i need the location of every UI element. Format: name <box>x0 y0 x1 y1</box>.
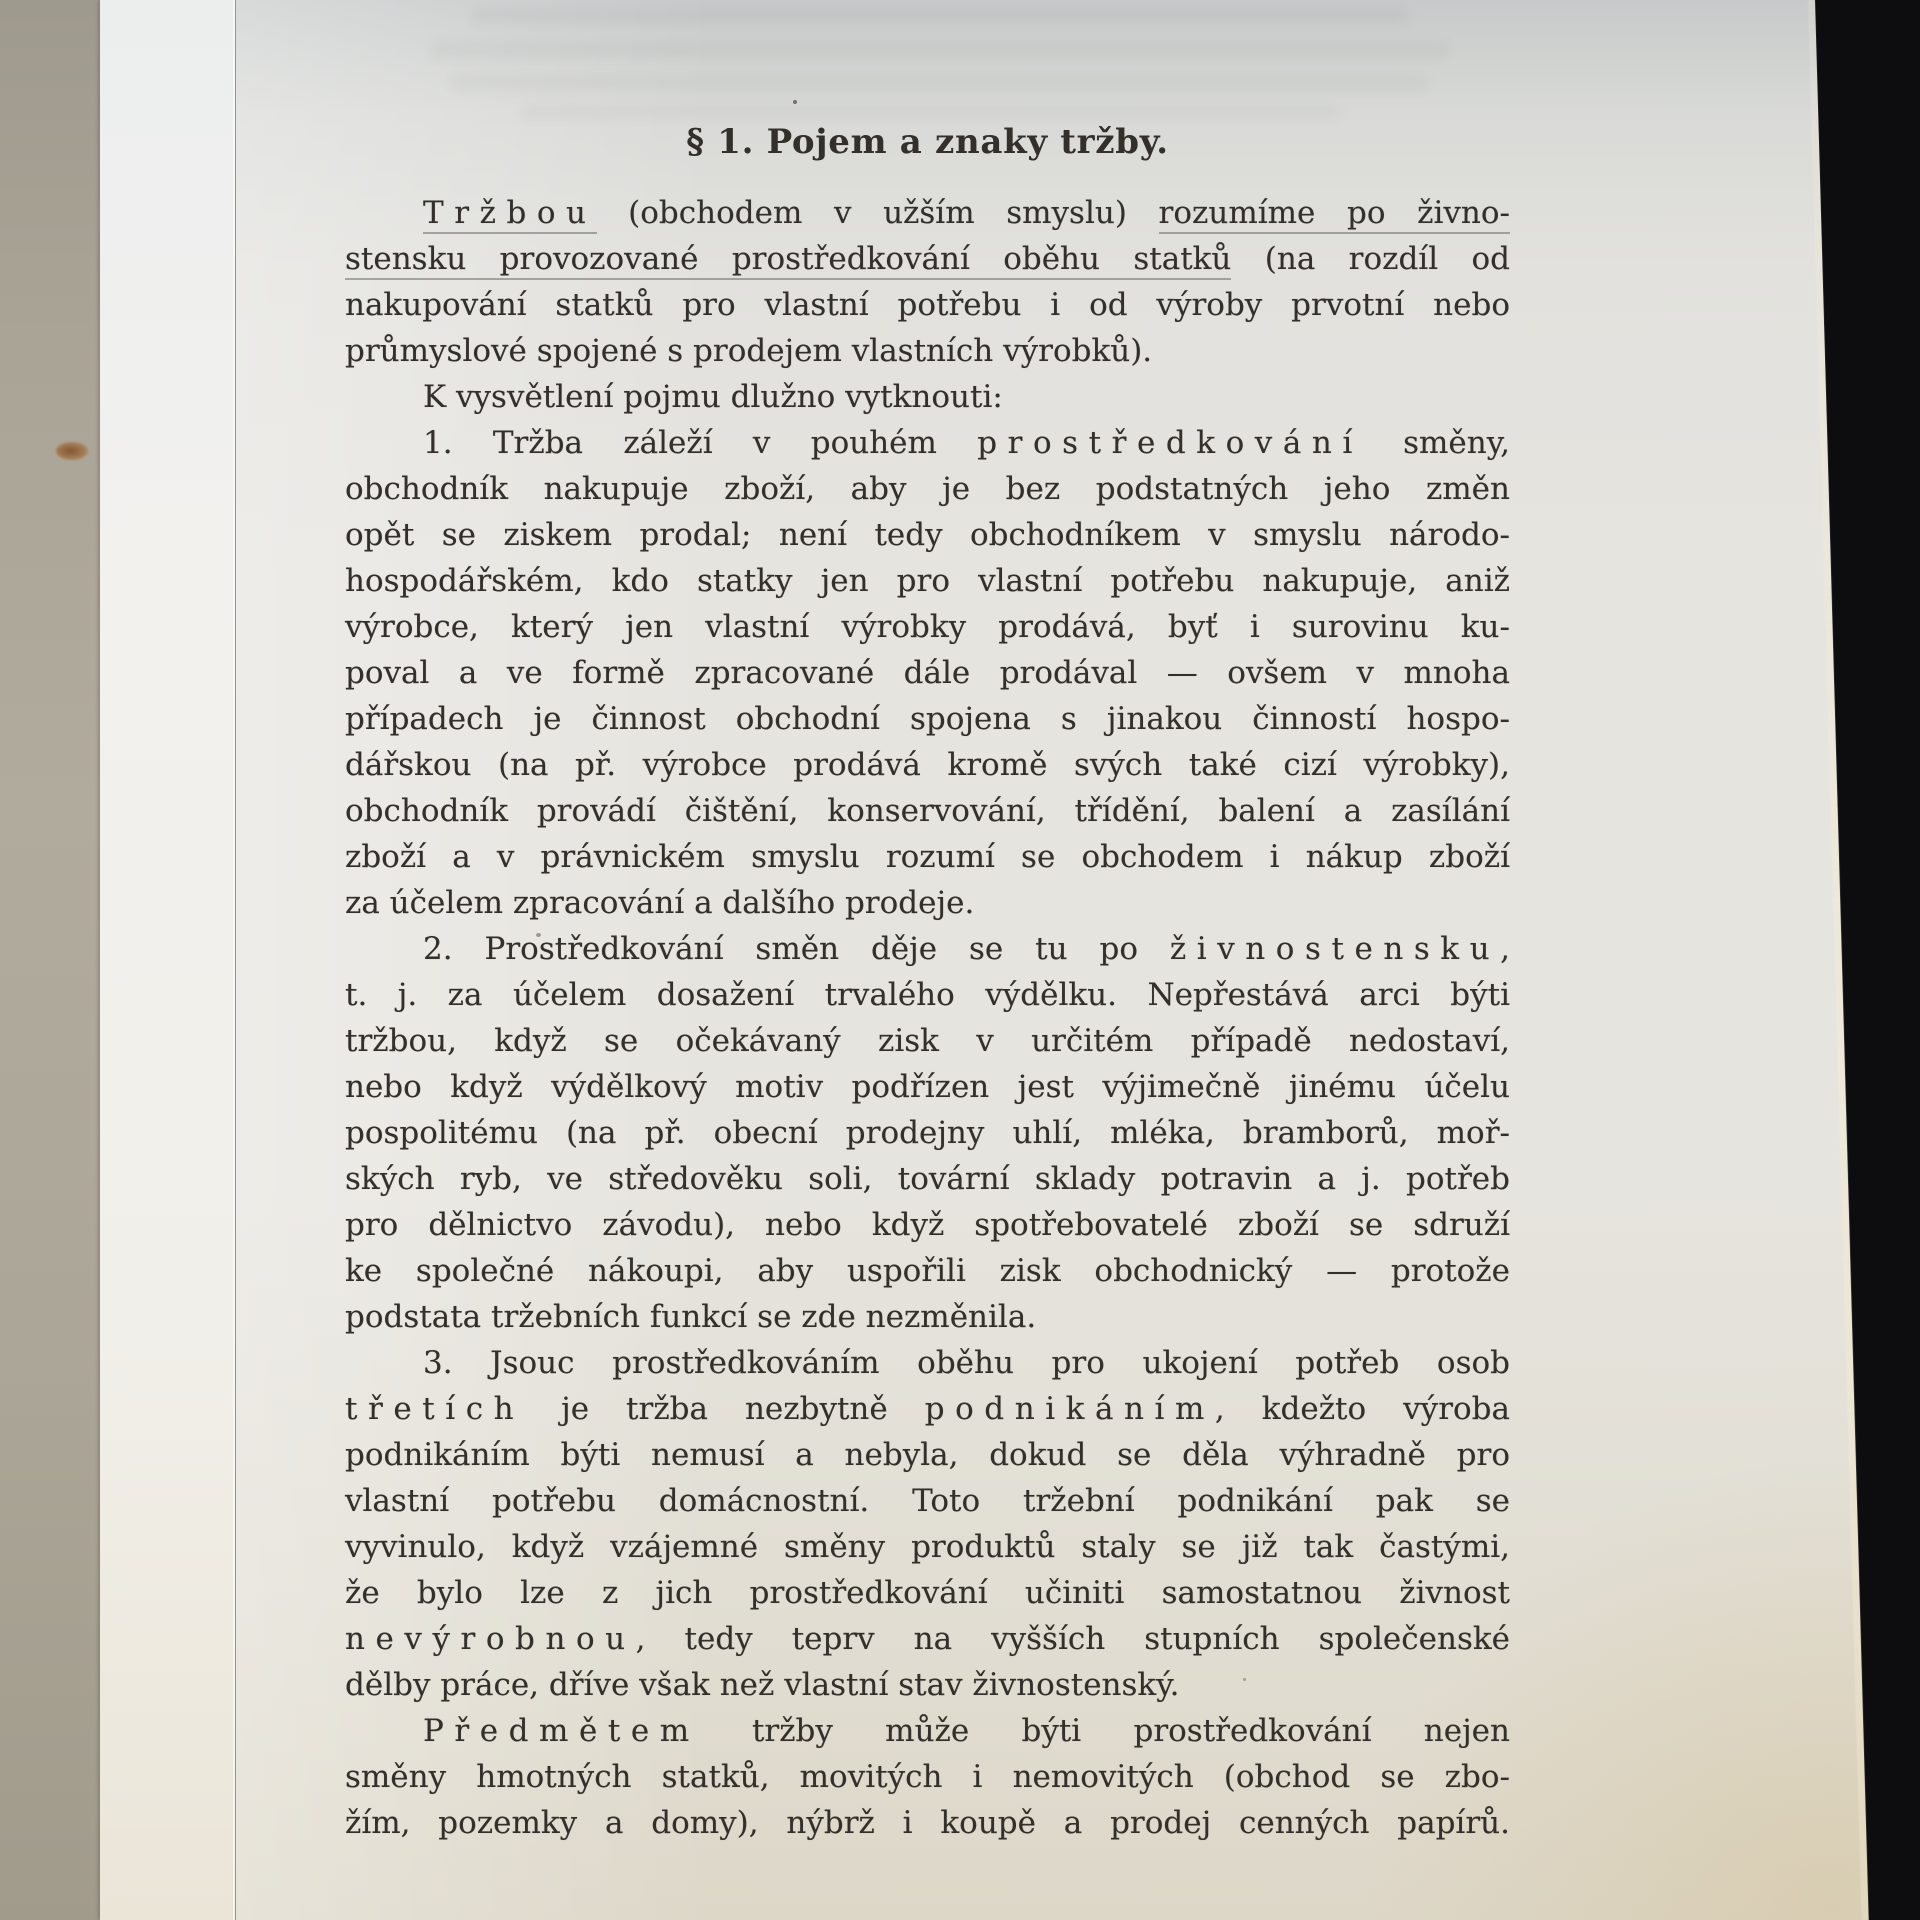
text-line: nakupování statků pro vlastní potřebu i … <box>345 282 1510 328</box>
section-heading: § 1. Pojem a znaky tržby. <box>345 122 1510 162</box>
text-line: žím, pozemky a domy), nýbrž i koupě a pr… <box>345 1800 1510 1846</box>
text-segment: je tržba nezbytně <box>524 1391 925 1427</box>
text-segment: 1. Tržba záleží v pouhém <box>423 425 977 461</box>
text-line: podstata tržebních funkcí se zde nezměni… <box>345 1294 1510 1340</box>
text-segment: zboží a v právnickém smyslu rozumí se ob… <box>345 839 1510 875</box>
text-line: vyvinulo, když vzájemné směny produktů s… <box>345 1524 1510 1570</box>
letterspaced-text: živnostensku <box>1170 931 1500 967</box>
bleed-through-smudge <box>430 42 1450 58</box>
text-segment: vyvinulo, když vzájemné směny produktů s… <box>345 1529 1510 1565</box>
text-line: průmyslové spojené s prodejem vlastních … <box>345 328 1510 374</box>
text-segment: poval a ve formě zpracované dále prodáva… <box>345 655 1510 691</box>
text-segment: obchodník provádí čištění, konservování,… <box>345 793 1510 829</box>
bleed-through-smudge <box>470 8 1410 24</box>
dust-speck <box>793 100 797 104</box>
page-text: Tržbou (obchodem v užším smyslu) rozumím… <box>345 190 1510 1846</box>
text-line: tržbou, když se očekávaný zisk v určitém… <box>345 1018 1510 1064</box>
text-segment: opět se ziskem prodal; není tedy obchodn… <box>345 517 1510 553</box>
text-segment: pro dělnictvo závodu), nebo když spotřeb… <box>345 1207 1510 1243</box>
text-segment: tržby může býti prostředkování nejen <box>700 1713 1510 1749</box>
text-line: Tržbou (obchodem v užším smyslu) rozumím… <box>345 190 1510 236</box>
text-segment: , <box>1500 931 1510 967</box>
text-line: pospolitému (na př. obecní prodejny uhlí… <box>345 1110 1510 1156</box>
text-line: případech je činnost obchodní spojena s … <box>345 696 1510 742</box>
underlined-text: stensku provozované prostředkování oběhu… <box>345 241 1231 280</box>
text-line: třetích je tržba nezbytně podnikáním, kd… <box>345 1386 1510 1432</box>
text-line: Předmětem tržby může býti prostředkování… <box>345 1708 1510 1754</box>
text-line: směny hmotných statků, movitých i nemovi… <box>345 1754 1510 1800</box>
text-line: t. j. za účelem dosažení trvalého výdělk… <box>345 972 1510 1018</box>
text-line: dělby práce, dříve však než vlastní stav… <box>345 1662 1510 1708</box>
text-line: K vysvětlení pojmu dlužno vytknouti: <box>345 374 1510 420</box>
text-segment: dělby práce, dříve však než vlastní stav… <box>345 1667 1179 1703</box>
letterspaced-text: Předmětem <box>423 1713 700 1749</box>
text-line: ských ryb, ve středověku soli, tovární s… <box>345 1156 1510 1202</box>
text-line: stensku provozované prostředkování oběhu… <box>345 236 1510 282</box>
text-segment: průmyslové spojené s prodejem vlastních … <box>345 333 1152 369</box>
text-segment: vlastní potřebu domácnostní. Toto tržebn… <box>345 1483 1510 1519</box>
text-segment: výrobce, který jen vlastní výrobky prodá… <box>345 609 1510 645</box>
page-stack-edge <box>0 0 100 1920</box>
text-line: opět se ziskem prodal; není tedy obchodn… <box>345 512 1510 558</box>
text-line: nebo když výdělkový motiv podřízen jest … <box>345 1064 1510 1110</box>
text-segment: za účelem zpracování a dalšího prodeje. <box>345 885 974 921</box>
text-segment: (na rozdíl od <box>1231 241 1510 277</box>
text-line: 1. Tržba záleží v pouhém prostředkování … <box>345 420 1510 466</box>
text-line: hospodářském, kdo statky jen pro vlastní… <box>345 558 1510 604</box>
text-segment: tržbou, když se očekávaný zisk v určitém… <box>345 1023 1510 1059</box>
text-segment: hospodářském, kdo statky jen pro vlastní… <box>345 563 1510 599</box>
text-segment: ských ryb, ve středověku soli, tovární s… <box>345 1161 1510 1197</box>
text-line: vlastní potřebu domácnostní. Toto tržebn… <box>345 1478 1510 1524</box>
book-page-photo: § 1. Pojem a znaky tržby. Tržbou (obchod… <box>0 0 1920 1920</box>
text-segment: 3. Jsouc prostředkováním oběhu pro ukoje… <box>423 1345 1510 1381</box>
letterspaced-text: nevýrobnou <box>345 1621 636 1657</box>
text-line: za účelem zpracování a dalšího prodeje. <box>345 880 1510 926</box>
text-segment: K vysvětlení pojmu dlužno vytknouti: <box>423 379 1003 415</box>
text-line: podnikáním býti nemusí a nebyla, dokud s… <box>345 1432 1510 1478</box>
text-line: že bylo lze z jich prostředkování učinit… <box>345 1570 1510 1616</box>
text-segment: t. j. za účelem dosažení trvalého výdělk… <box>345 977 1510 1013</box>
text-line: obchodník nakupuje zboží, aby je bez pod… <box>345 466 1510 512</box>
text-segment: ke společné nákoupi, aby uspořili zisk o… <box>345 1253 1510 1289</box>
text-segment: případech je činnost obchodní spojena s … <box>345 701 1510 737</box>
text-segment: podstata tržebních funkcí se zde nezměni… <box>345 1299 1036 1335</box>
text-segment: , kdežto výroba <box>1215 1391 1510 1427</box>
text-segment: nebo když výdělkový motiv podřízen jest … <box>345 1069 1510 1105</box>
text-segment: obchodník nakupuje zboží, aby je bez pod… <box>345 471 1510 507</box>
text-line: obchodník provádí čištění, konservování,… <box>345 788 1510 834</box>
text-line: výrobce, který jen vlastní výrobky prodá… <box>345 604 1510 650</box>
letterspaced-text: prostředkování <box>977 425 1363 461</box>
text-line: 2. Prostředkování směn děje se tu po živ… <box>345 926 1510 972</box>
text-segment: směny hmotných statků, movitých i nemovi… <box>345 1759 1510 1795</box>
text-segment: (obchodem v užším smyslu) <box>597 195 1159 231</box>
text-line: nevýrobnou, tedy teprv na vyšších stupní… <box>345 1616 1510 1662</box>
bleed-through-smudge <box>520 106 1340 118</box>
text-line: pro dělnictvo závodu), nebo když spotřeb… <box>345 1202 1510 1248</box>
text-segment: , tedy teprv na vyšších stupních společe… <box>636 1621 1510 1657</box>
text-line: ke společné nákoupi, aby uspořili zisk o… <box>345 1248 1510 1294</box>
letterspaced-text: Tržbou <box>423 195 597 234</box>
text-line: poval a ve formě zpracované dále prodáva… <box>345 650 1510 696</box>
bleed-through-smudge <box>450 76 1430 90</box>
text-line: dářskou (na př. výrobce prodává kromě sv… <box>345 742 1510 788</box>
text-segment: nakupování statků pro vlastní potřebu i … <box>345 287 1510 323</box>
letterspaced-text: třetích <box>345 1391 524 1427</box>
text-segment: směny, <box>1363 425 1510 461</box>
letterspaced-text: podnikáním <box>925 1391 1215 1427</box>
text-line: zboží a v právnickém smyslu rozumí se ob… <box>345 834 1510 880</box>
text-segment: dářskou (na př. výrobce prodává kromě sv… <box>345 747 1510 783</box>
text-line: 3. Jsouc prostředkováním oběhu pro ukoje… <box>345 1340 1510 1386</box>
underlined-text: rozumíme po živno- <box>1159 195 1510 234</box>
text-segment: pospolitému (na př. obecní prodejny uhlí… <box>345 1115 1510 1151</box>
text-segment: že bylo lze z jich prostředkování učinit… <box>345 1575 1510 1611</box>
text-segment: žím, pozemky a domy), nýbrž i koupě a pr… <box>345 1805 1510 1841</box>
underlying-page-edge <box>100 0 235 1920</box>
text-segment: 2. Prostředkování směn děje se tu po <box>423 931 1170 967</box>
rust-stain <box>56 442 88 460</box>
text-segment: podnikáním býti nemusí a nebyla, dokud s… <box>345 1437 1510 1473</box>
